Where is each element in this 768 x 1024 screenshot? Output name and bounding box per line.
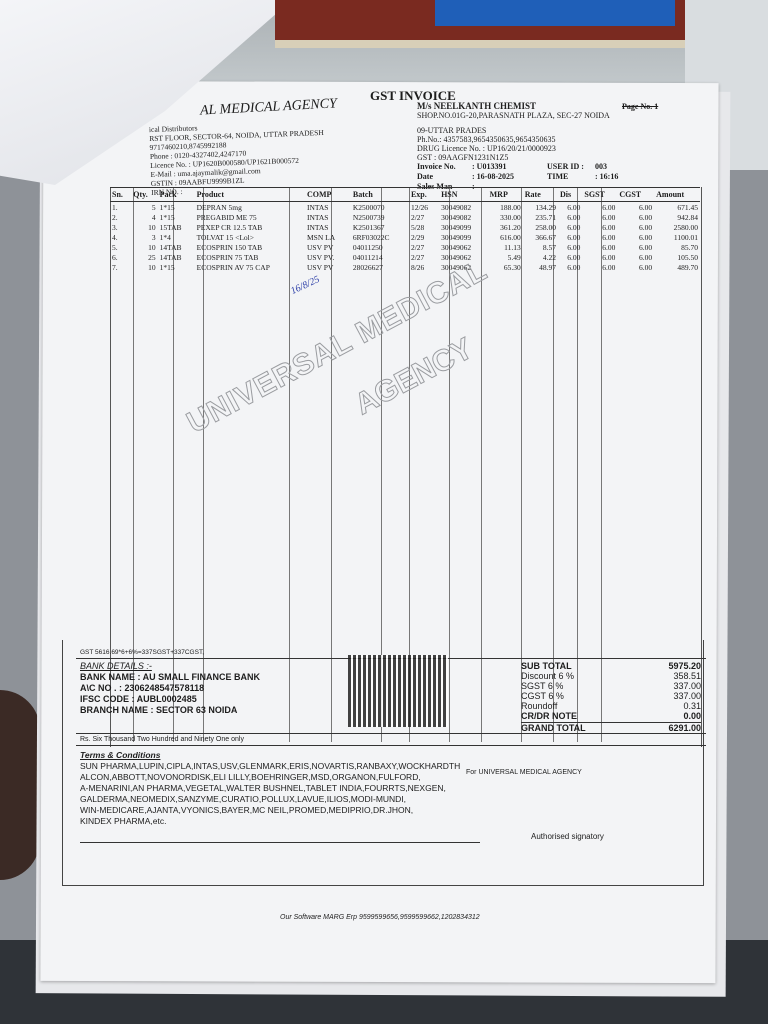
background-box xyxy=(275,0,685,48)
total-row: CGST 6 %337.00 xyxy=(521,691,701,701)
column-header: Sn. xyxy=(110,188,131,202)
column-header: SGST xyxy=(582,188,617,202)
total-row: Roundoff0.31 xyxy=(521,701,701,711)
table-row: 4.31*4TOLVAT 15 <Lol>MSN LA6RF03022C2/29… xyxy=(110,232,700,242)
total-row: SUB TOTAL5975.20 xyxy=(521,661,701,671)
table-row: 7.101*15ECOSPRIN AV 75 CAPUSV PV28026627… xyxy=(110,262,700,272)
seller-details: ical Distributors RST FLOOR, SECTOR-64, … xyxy=(149,119,326,197)
table-row: 1.51*15DEPRAN 5mgINTASK250007012/2630049… xyxy=(110,202,700,213)
column-header: Rate xyxy=(523,188,558,202)
table-row: 2.41*15PREGABID ME 75INTASN25007392/2730… xyxy=(110,212,700,222)
column-header: Exp. xyxy=(409,188,439,202)
background-object xyxy=(0,690,40,880)
column-header: Pack xyxy=(158,188,195,202)
column-header: HSN xyxy=(439,188,488,202)
column-header: Amount xyxy=(654,188,700,202)
column-header: MRP xyxy=(488,188,523,202)
column-header: Product xyxy=(195,188,305,202)
total-row: CR/DR NOTE0.00 xyxy=(521,711,701,721)
items-table: Sn.Qty.PackProductCOMPBatchExp.HSNMRPRat… xyxy=(110,187,700,272)
terms-conditions: Terms & Conditions SUN PHARMA,LUPIN,CIPL… xyxy=(80,750,620,827)
table-row: 6.2514TABECOSPRIN 75 TABUSV PV.040112142… xyxy=(110,252,700,262)
bank-details: BANK DETAILS :- BANK NAME : AU SMALL FIN… xyxy=(80,661,260,716)
buyer-details: M/s NEELKANTH CHEMIST SHOP.NO.01G-20,PAR… xyxy=(417,102,610,162)
table-row: 3.1015TABPEXEP CR 12.5 TABINTASK25013675… xyxy=(110,222,700,232)
signature-line xyxy=(80,842,480,843)
column-header: COMP xyxy=(305,188,351,202)
software-credit: Our Software MARG Erp 9599599656,9599599… xyxy=(280,914,480,921)
total-row: Discount 6 %358.51 xyxy=(521,671,701,681)
invoice-footer: GST 5616.69*6+6%=337SGST+337CGST, BANK D… xyxy=(76,647,706,659)
page-number: Page No. 1 xyxy=(622,102,658,111)
column-header: Qty. xyxy=(131,188,157,202)
qr-code xyxy=(348,655,448,727)
column-header: Dis xyxy=(558,188,582,202)
authorised-signatory: Authorised signatory xyxy=(531,832,604,841)
column-header: CGST xyxy=(617,188,654,202)
total-row: SGST 6 %337.00 xyxy=(521,681,701,691)
amount-in-words: Rs. Six Thousand Two Hundred and Ninety … xyxy=(76,733,706,746)
totals: SUB TOTAL5975.20Discount 6 %358.51SGST 6… xyxy=(521,661,701,734)
table-row: 5.1014TABECOSPRIN 150 TABUSV PV040112502… xyxy=(110,242,700,252)
column-header: Batch xyxy=(351,188,409,202)
for-agency: For UNIVERSAL MEDICAL AGENCY xyxy=(466,769,582,776)
